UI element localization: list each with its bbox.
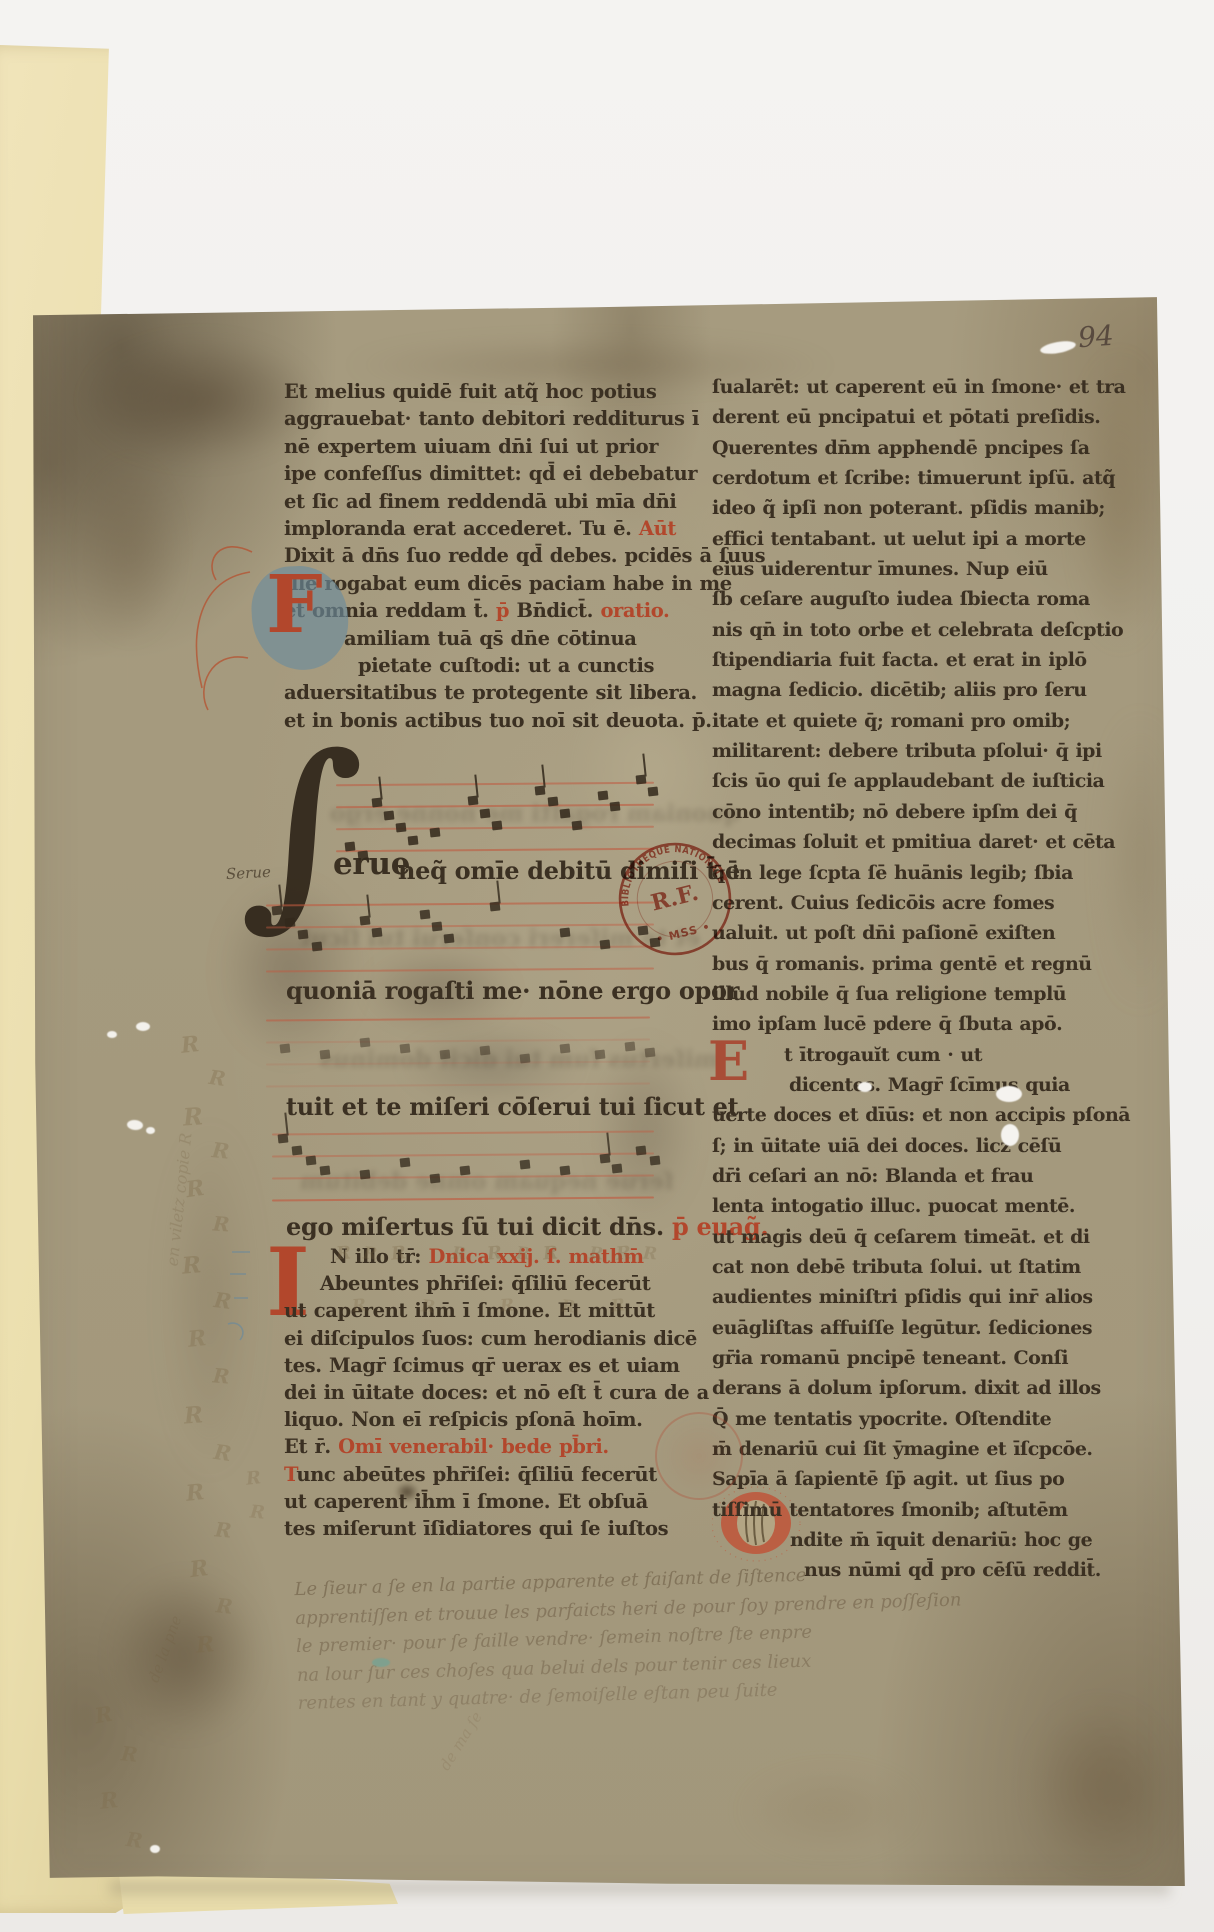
ink-segment: eius uiderentur īmunes. Nup eiū (712, 558, 1048, 580)
manuscript-photo: quoniam rogaſti me nonne ergoet te miſer… (0, 0, 1214, 1932)
neume-note (420, 910, 431, 920)
neume-note (548, 797, 559, 807)
stave-line (266, 1082, 650, 1087)
pen-trial-letter: R (195, 1631, 215, 1658)
ink-segment: ſualarēt: ut caperent eū in ſmone· et tr… (712, 376, 1125, 398)
manuscript-text-line: ſualarēt: ut caperent eū in ſmone· et tr… (712, 372, 1130, 402)
manuscript-text-line: Sapīa ā ſapientē ſp̄ agit. ut ſius po (712, 1464, 1130, 1494)
marginal-chant-cue: Serue (226, 863, 272, 883)
ink-segment: nē expertem uiuam dn̄i ſui ut prior (284, 435, 658, 458)
manuscript-text-line: audientes miniſtri pſidis qui inr̄ alios (712, 1282, 1130, 1312)
neume-note (535, 786, 546, 796)
manuscript-text-line: N illo tr̄: Dnica xxij. ſ. mathm̄ (284, 1243, 709, 1270)
manuscript-text-line: gr̄ia romanū pncipē teneant. Conſi (712, 1343, 1130, 1373)
ink-segment: nis qn̄ in toto orbe et celebrata deſcpt… (712, 619, 1123, 641)
neume-note (396, 823, 407, 833)
ink-segment: Dixit ā dn̄s ſuo redde qd̄ debes. pcidēs… (284, 544, 765, 567)
rubric-segment: Aūt (639, 517, 676, 540)
ink-segment: dr̄i ceſari an nō: Blanda et frau (712, 1165, 1033, 1187)
neume-note (280, 1044, 291, 1054)
ink-segment: ego miſertus ſū tui dicit dn̄s. (286, 1212, 672, 1241)
penwork-ticks-icon (226, 1240, 266, 1350)
neume-note (468, 796, 479, 806)
pen-trial-letter: R (182, 1101, 204, 1131)
ink-segment: Sapīa ā ſapientē ſp̄ agit. ut ſius po (712, 1468, 1064, 1490)
manuscript-text-line: Querentes dn̄m apphendē pncipes ſa (712, 433, 1130, 463)
neume-note (600, 940, 611, 950)
neume-note (320, 1050, 331, 1060)
ink-segment: ut caperent ih̄m ī ſmone. Et obſuā (284, 1490, 648, 1513)
neume-note (612, 1164, 623, 1174)
ink-segment: tes. Magr̄ ſcimus qr̄ uerax es et uiam (284, 1354, 680, 1377)
neume-note (430, 828, 441, 838)
rubric-segment: Dnica xxij. ſ. mathm̄ (429, 1245, 644, 1268)
left-column-gospel-text: N illo tr̄: Dnica xxij. ſ. mathm̄Abeunte… (284, 1243, 709, 1542)
manuscript-text-line: ipe confeſſus dimittet: qd̄ ei debebatur (284, 460, 765, 487)
ink-segment: aggrauebat· tanto debitori redditurus ī (284, 407, 699, 430)
neume-note (520, 1160, 531, 1170)
stave-line (336, 804, 654, 808)
penwork-flourish-icon (174, 538, 264, 718)
ink-segment: liquo. Non eī reſpicis pſonā hoīm. (284, 1408, 642, 1431)
damage-fleck (107, 1031, 117, 1038)
ink-segment: Et melius quidē fuit atq̃ hoc potius (284, 380, 656, 403)
ink-segment: q̄ in lege ſcpta ſē huānis legib; ſbia (712, 862, 1073, 884)
stave-line (266, 1038, 650, 1043)
neume-note (598, 791, 609, 801)
ink-segment: t ītrogauĭt cum · ut (784, 1044, 982, 1066)
pen-trial-letter: R (249, 1501, 266, 1523)
ink-segment: ideo q̃ ipſi non poterant. pſidis manib; (712, 497, 1105, 519)
pen-trial-letter: R (181, 1251, 202, 1280)
neume-note (432, 922, 443, 932)
ink-segment: illud nobile q̄ ſua religione templū (712, 983, 1066, 1005)
manuscript-text-line: ut caperent ih̄m ī ſmone. Et obſuā (284, 1488, 709, 1515)
ink-segment: dicentes. Magr̄ ſcīmus quia (789, 1074, 1070, 1096)
manuscript-text-line: cōno intentib; nō debere ipſm dei q̄ (712, 797, 1130, 827)
pen-trial-letter: R (215, 1593, 234, 1619)
manuscript-text-line: amiliam tuā qs̄ dn̄e cōtinua (284, 625, 765, 652)
folio-number: 94 (1077, 319, 1115, 354)
ink-segment: quoniā rogaſti me· nōne ergo opor (286, 976, 739, 1005)
neume-note (285, 918, 296, 928)
neume-note (345, 842, 356, 852)
neume-note (306, 1156, 317, 1166)
ink-segment: ſcis ūo qui ſe applaudebant de iuſticia (712, 770, 1104, 792)
ink-segment: Querentes dn̄m apphendē pncipes ſa (712, 437, 1090, 459)
manuscript-text-line: cerdotum et ſcribe: timuerunt ipſū. atq̃ (712, 463, 1130, 493)
neume-note (636, 1146, 647, 1156)
manuscript-text-line: militarent: debere tributa pſolui· q̄ ip… (712, 736, 1130, 766)
stave-line (266, 1060, 650, 1065)
ink-segment: cōno intentib; nō debere ipſm dei q̄ (712, 801, 1077, 823)
stave-line (272, 1152, 654, 1157)
manuscript-text-line: ſ; in ūitate uiā dei doces. licz cēſū (712, 1131, 1130, 1161)
ink-segment: imploranda erat accederet. Tu ē. (284, 517, 639, 540)
pen-trial-letter: R (212, 1363, 231, 1388)
neume-note (372, 928, 383, 938)
neume-note (560, 1166, 571, 1176)
manuscript-text-line: aggrauebat· tanto debitori redditurus ī (284, 405, 765, 432)
manuscript-text-line: Et melius quidē fuit atq̃ hoc potius (284, 378, 765, 405)
ink-segment: ſ; in ūitate uiā dei doces. licz cēſū (712, 1135, 1061, 1157)
french-annotations: Le ſieur a ſe en la partie apparente et … (294, 1556, 1018, 1719)
ink-segment: tiſſimū tentatores ſmonib; aſtutēm (712, 1499, 1068, 1521)
ink-segment: militarent: debere tributa pſolui· q̄ ip… (712, 740, 1102, 762)
pen-trial-letter: R (124, 1827, 144, 1853)
manuscript-text-line: imploranda erat accederet. Tu ē. Aūt (284, 515, 765, 542)
manuscript-text-line: itate et quiete q̄; romani pro omib; (712, 706, 1130, 736)
ink-segment: Q̄ me tentatis ypocrite. Oſtendite (712, 1408, 1051, 1430)
neume-note (480, 1046, 491, 1056)
manuscript-text-line: ualuit. ut poſt dn̄i paſionē exiſten (712, 918, 1130, 948)
stave-line (272, 1196, 654, 1201)
manuscript-text-line: tuit et te miſeri cōſerui tui ſicut et (286, 1092, 738, 1121)
neume-note (560, 809, 571, 819)
parchment-stain (1000, 1670, 1200, 1900)
neume-note (648, 787, 659, 797)
pen-trial-letter: R (212, 1211, 230, 1236)
neume-note (460, 1166, 471, 1176)
ink-segment: et ſic ad finem reddendā ubi mīa dn̄i (284, 490, 676, 513)
neume-note (520, 1054, 531, 1064)
manuscript-text-line: q̄ in lege ſcpta ſē huānis legib; ſbia (712, 858, 1130, 888)
initial-f-letter: F (266, 560, 323, 648)
manuscript-text-line: bus q̄ romanis. prima gentē et regnū (712, 949, 1130, 979)
manuscript-text-line: m̄ denariū cui ſit ȳmagine et īſcpcōe. (712, 1434, 1130, 1464)
ink-segment: dei in ūitate doces: et nō eſt t̄ cura d… (284, 1381, 709, 1404)
neume-note (358, 851, 369, 861)
ink-segment: derans ā dolum ipſorum. dixit ad illos (712, 1377, 1101, 1399)
ink-segment: tes miſerunt īſidiatores qui ſe iuſtos (284, 1517, 668, 1540)
neume-note (492, 821, 503, 831)
marginal-cursive-text: de la pne (145, 1613, 186, 1685)
ink-segment: ut caperent ihm̄ ī ſmone. Et mittūt (284, 1299, 655, 1322)
stave-line (272, 1130, 654, 1135)
ink-segment: cerdotum et ſcribe: timuerunt ipſū. atq̃ (712, 467, 1115, 489)
neume-note (595, 1050, 606, 1060)
parchment-leaf: quoniam rogaſti me nonne ergoet te miſer… (0, 0, 1214, 1932)
manuscript-text-line: t ītrogauĭt cum · ut (712, 1040, 1130, 1070)
damage-fleck (1039, 339, 1076, 356)
ink-segment: itate et quiete q̄; romani pro omib; (712, 710, 1070, 732)
manuscript-text-line: cat non debē tributa ſolui. ut ſtatim (712, 1252, 1130, 1282)
pen-trial-letter: R (212, 1439, 233, 1466)
ink-segment: ut magis deū q̄ ceſarem timeāt. et di (712, 1226, 1090, 1248)
stamp-mss-text: • MSS • (655, 920, 712, 946)
ink-segment: effici tentabant. ut uelut ipi a morte (712, 528, 1086, 550)
ink-segment: magna ſedicio. dicētib; aliis pro ſeru (712, 679, 1087, 701)
chant-text-line: quoniā rogaſti me· nōne ergo opor (286, 976, 739, 1005)
pen-trial-letter: R (187, 1325, 208, 1353)
ink-segment: decimas ſoluit et pmitiua daret· et cēta (712, 831, 1115, 853)
manuscript-text-line: Et r̄. Omī venerabil· bede pb̄ri. (284, 1433, 709, 1460)
neume-note (560, 928, 571, 938)
manuscript-text-line: dei in ūitate doces: et nō eſt t̄ cura d… (284, 1379, 709, 1406)
neume-note (400, 1158, 411, 1168)
ink-segment: Et r̄. (284, 1435, 338, 1458)
neume-note (320, 1166, 331, 1176)
manuscript-text-line: ndite m̄ īquit denariū: hoc ge (712, 1525, 1130, 1555)
library-stamp-faint (655, 1412, 743, 1500)
manuscript-text-line: ut magis deū q̄ ceſarem timeāt. et di (712, 1222, 1130, 1252)
neume-note (360, 916, 371, 926)
rubric-segment: p̄ (496, 599, 509, 622)
pen-trial-letter: R (185, 1479, 206, 1507)
manuscript-text-line: dicentes. Magr̄ ſcīmus quia (712, 1070, 1130, 1100)
manuscript-text-line: derent eū pncipatui et pōtati preſidis. (712, 402, 1130, 432)
neume-note (292, 1146, 303, 1156)
pen-trial-letter: R (183, 1401, 204, 1429)
manuscript-text-line: ille rogabat eum dicēs paciam habe in me (284, 570, 765, 597)
neume-note (650, 1156, 661, 1166)
manuscript-text-line: ſtipendiaria fuit facta. et erat in iplō (712, 645, 1130, 675)
neume-note (360, 1170, 371, 1180)
chant-text-line: tuit et te miſeri cōſerui tui ſicut et (286, 1092, 738, 1121)
pen-trial-letter: R (214, 1517, 233, 1542)
manuscript-text-line: dr̄i ceſari an nō: Blanda et frau (712, 1161, 1130, 1191)
neume-note (312, 942, 323, 952)
neume-note (490, 902, 501, 912)
manuscript-text-line: ideo q̃ ipſi non poterant. pſidis manib; (712, 493, 1130, 523)
neume-note (444, 934, 455, 944)
rubric-segment: T (284, 1463, 296, 1486)
manuscript-text-line: tiſſimū tentatores ſmonib; aſtutēm (712, 1495, 1130, 1525)
ink-segment: ualuit. ut poſt dn̄i paſionē exiſten (712, 922, 1055, 944)
rubric-segment: oratio. (600, 599, 669, 622)
neume-note (645, 1048, 656, 1058)
ink-segment: unc abeūtes phr̄iſei: q̄ſiliū fecerūt (296, 1463, 656, 1486)
ink-segment: imo ipſam lucē pdere q̄ ſbuta apō. (712, 1013, 1062, 1035)
ink-segment: ſtipendiaria fuit facta. et erat in iplō (712, 649, 1087, 671)
manuscript-text-line: nē expertem uiuam dn̄i ſui ut prior (284, 433, 765, 460)
damage-fleck (136, 1022, 150, 1031)
manuscript-text-line: ſb ceſare auguſto iudea ſbiecta roma (712, 584, 1130, 614)
manuscript-text-line: liquo. Non eī reſpicis pſonā hoīm. (284, 1406, 709, 1433)
ink-segment: bus q̄ romanis. prima gentē et regnū (712, 953, 1092, 975)
neume-note (360, 1038, 371, 1048)
ink-segment: ſb ceſare auguſto iudea ſbiecta roma (712, 588, 1090, 610)
neume-note (480, 809, 491, 819)
manuscript-text-line: Dixit ā dn̄s ſuo redde qd̄ debes. pcidēs… (284, 542, 765, 569)
manuscript-text-line: ei diſcipulos ſuos: cum herodianis dicē (284, 1325, 709, 1352)
manuscript-text-line: nis qn̄ in toto orbe et celebrata deſcpt… (712, 615, 1130, 645)
manuscript-text-line: ut caperent ihm̄ ī ſmone. Et mittūt (284, 1297, 709, 1324)
manuscript-text-line: magna ſedicio. dicētib; aliis pro ſeru (712, 675, 1130, 705)
pen-trial-letter: R (184, 1175, 206, 1203)
manuscript-text-line: lenta intogatio illuc. puocat mentē. (712, 1191, 1130, 1221)
stave-line (336, 782, 654, 786)
manuscript-text-line: et ſic ad finem reddendā ubi mīa dn̄i (284, 488, 765, 515)
neume-note (272, 906, 283, 916)
ink-segment: ndite m̄ īquit denariū: hoc ge (790, 1529, 1092, 1551)
neume-note (440, 1050, 451, 1060)
ink-segment: ipe confeſſus dimittet: qd̄ ei debebatur (284, 462, 697, 485)
manuscript-text-line: quoniā rogaſti me· nōne ergo opor (286, 976, 739, 1005)
parchment-stain (80, 1540, 290, 1770)
ink-segment: cat non debē tributa ſolui. ut ſtatim (712, 1256, 1081, 1278)
manuscript-text-line: illud nobile q̄ ſua religione templū (712, 979, 1130, 1009)
manuscript-text-line: cerent. Cuius ſedicōis acre fomes (712, 888, 1130, 918)
neume-note (372, 798, 383, 808)
ink-segment: cerent. Cuius ſedicōis acre fomes (712, 892, 1054, 914)
pen-trial-letter: R (211, 1137, 231, 1164)
damage-fleck (146, 1127, 155, 1134)
pen-trial-letter: R (207, 1065, 227, 1091)
neume-note (278, 1134, 289, 1144)
ink-segment: Abeuntes phr̄iſei: q̄ſiliū fecerūt (320, 1272, 650, 1295)
manuscript-text-line: Tunc abeūtes phr̄iſei: q̄ſiliū fecerūt (284, 1461, 709, 1488)
ink-segment: derent eū pncipatui et pōtati preſidis. (712, 406, 1100, 428)
manuscript-text-line: ego miſertus ſū tui dicit dn̄s. p̄ euag̃… (286, 1212, 768, 1241)
ink-segment: lenta intogatio illuc. puocat mentē. (712, 1195, 1075, 1217)
ink-segment: pietate cuſtodi: ut a cunctis (358, 654, 654, 677)
stave-line (266, 1016, 650, 1021)
right-text-column: ſualarēt: ut caperent eū in ſmone· et tr… (712, 372, 1130, 1586)
neume-note (408, 836, 419, 846)
pen-trial-letter: R (93, 1701, 115, 1729)
neume-note (298, 930, 309, 940)
manuscript-text-line: pietate cuſtodi: ut a cunctis (284, 652, 765, 679)
pen-trial-letter: R (120, 1741, 139, 1767)
neume-note (430, 1174, 441, 1184)
initial-f-illuminated: F (240, 556, 356, 682)
ink-segment: tuit et te miſeri cōſerui tui ſicut et (286, 1092, 738, 1121)
neume-note (400, 1044, 411, 1054)
manuscript-text-line: Abeuntes phr̄iſei: q̄ſiliū fecerūt (284, 1270, 709, 1297)
ink-segment: euāgliſtas affuiſſe legūtur. ſediciones (712, 1317, 1092, 1339)
manuscript-text-line: euāgliſtas affuiſſe legūtur. ſediciones (712, 1313, 1130, 1343)
pen-trial-letter: R (180, 1031, 201, 1059)
chant-text-line: ego miſertus ſū tui dicit dn̄s. p̄ euag̃… (286, 1212, 768, 1241)
ink-segment: gr̄ia romanū pncipē teneant. Conſi (712, 1347, 1068, 1369)
neume-note (636, 775, 647, 785)
pen-trial-letter: R (188, 1555, 209, 1583)
ink-segment: ei diſcipulos ſuos: cum herodianis dicē (284, 1327, 697, 1350)
manuscript-text-line: Q̄ me tentatis ypocrite. Oſtendite (712, 1404, 1130, 1434)
neume-note (384, 811, 395, 821)
manuscript-text-line: uerte doces et dīūs: et non accipis pſon… (712, 1100, 1130, 1130)
manuscript-text-line: et omnia reddam t̄. p̄ Bn̄dict̄. oratio. (284, 597, 765, 624)
ink-segment: amiliam tuā qs̄ dn̄e cōtinua (344, 627, 636, 650)
ink-segment: N illo tr̄: (330, 1245, 429, 1268)
manuscript-text-line: effici tentabant. ut uelut ipi a morte (712, 524, 1130, 554)
manuscript-text-line: tes miſerunt īſidiatores qui ſe iuſtos (284, 1515, 709, 1542)
damage-fleck (127, 1119, 144, 1130)
marginal-cursive-text: de ma ſe (436, 1708, 486, 1773)
neume-note (572, 821, 583, 831)
rubric-segment: Omī venerabil· bede pb̄ri. (338, 1435, 609, 1458)
stamp-center-text: R.F. (648, 880, 701, 917)
pen-trial-letter: R (99, 1787, 120, 1815)
ink-segment: uerte doces et dīūs: et non accipis pſon… (712, 1104, 1130, 1126)
ink-segment: aduersitatibus te protegente sit libera. (284, 681, 697, 704)
manuscript-text-line: aduersitatibus te protegente sit libera. (284, 679, 765, 706)
ink-segment: m̄ denariū cui ſit ȳmagine et īſcpcōe. (712, 1438, 1093, 1460)
manuscript-text-line: imo ipſam lucē pdere q̄ ſbuta apō. (712, 1009, 1130, 1039)
marginal-cursive-text: en viletz copie R (163, 1132, 196, 1267)
neume-note (600, 1154, 611, 1164)
pen-trial-letter: R (245, 1467, 262, 1489)
damage-fleck (150, 1845, 160, 1853)
neume-note (560, 1044, 571, 1054)
ink-segment: Bn̄dict̄. (509, 599, 600, 622)
stave-line (266, 967, 654, 972)
parchment-stain (700, 1750, 960, 1870)
neume-note (610, 802, 621, 812)
manuscript-text-line: ſcis ūo qui ſe applaudebant de iuſticia (712, 766, 1130, 796)
left-column-upper-text: Et melius quidē fuit atq̃ hoc potiusaggr… (284, 378, 765, 734)
ink-segment: audientes miniſtri pſidis qui inr̄ alios (712, 1286, 1093, 1308)
manuscript-text-line: eius uiderentur īmunes. Nup eiū (712, 554, 1130, 584)
manuscript-text-line: tes. Magr̄ ſcimus qr̄ uerax es et uiam (284, 1352, 709, 1379)
neume-note (625, 1042, 636, 1052)
manuscript-text-line: derans ā dolum ipſorum. dixit ad illos (712, 1373, 1130, 1403)
manuscript-text-line: decimas ſoluit et pmitiua daret· et cēta (712, 827, 1130, 857)
